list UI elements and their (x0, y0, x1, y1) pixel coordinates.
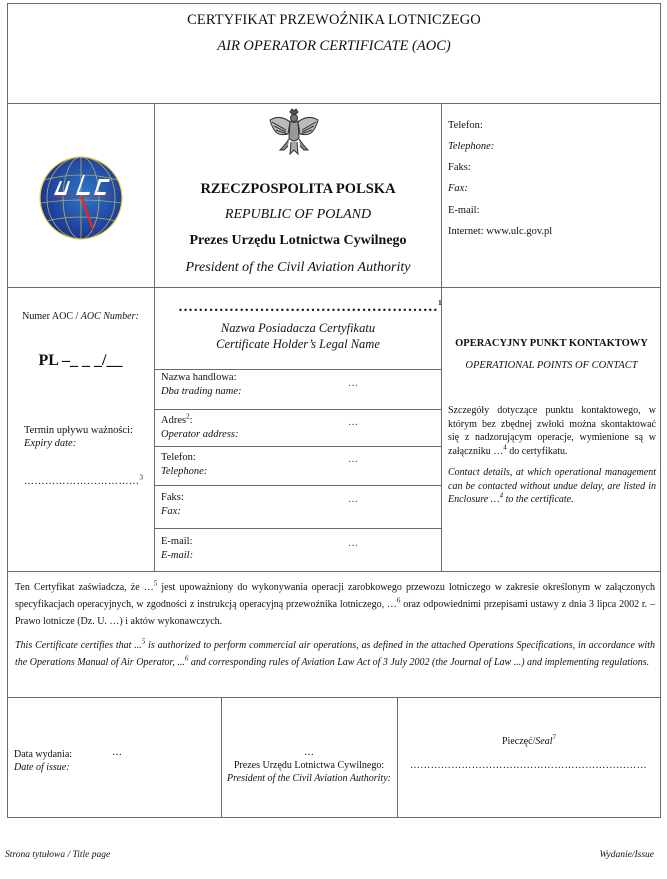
holder-name-value: …………………………………………… (178, 299, 438, 315)
trading-name-value[interactable]: … (348, 378, 358, 389)
date-of-issue-value[interactable]: … (112, 746, 122, 759)
expiry-date-label: Termin upływu ważności: Expiry date: (24, 424, 133, 450)
holder-name-field[interactable]: ……………………………………………1 (178, 299, 442, 316)
seal-label-en: Seal (535, 736, 552, 747)
field-telephone: Telefon: Telephone: (161, 451, 207, 478)
seal-field[interactable]: …………………………………………………………… (410, 759, 647, 772)
footnote-ref: 7 (553, 734, 557, 742)
certification-text-en: This Certificate certifies that ...5 is … (15, 637, 655, 671)
field-label-pl: Faks: (161, 491, 184, 505)
holder-name-label-en: Certificate Holder’s Legal Name (155, 336, 441, 352)
signer-block: … Prezes Urzędu Lotnictwa Cywilnego: Pre… (221, 746, 397, 785)
date-label-pl: Data wydania: (14, 748, 72, 761)
divider (7, 287, 661, 288)
holder-name-label-pl: Nazwa Posiadacza Certyfikatu (155, 320, 441, 336)
operator-address-value[interactable]: … (348, 417, 358, 428)
contact-fax: Fax: (448, 183, 468, 194)
country-name-pl: RZECZPOSPOLITA POLSKA (155, 181, 441, 198)
operational-contact-heading: OPERACYJNY PUNKT KONTAKTOWY (441, 338, 662, 349)
field-label-en: Fax: (161, 505, 184, 519)
authority-name-en: President of the Civil Aviation Authorit… (155, 260, 441, 276)
text: and corresponding rules of Aviation Law … (188, 657, 649, 668)
seal-label: Pieczęć/Seal7 (397, 735, 661, 748)
expiry-label-en: Expiry date: (24, 437, 133, 450)
fax-value[interactable]: … (348, 494, 358, 505)
polish-eagle-emblem-icon (266, 106, 322, 162)
divider (154, 528, 441, 529)
title-en: AIR OPERATOR CERTIFICATE (AOC) (7, 38, 661, 55)
divider (441, 103, 442, 571)
text: do certyfikatu. (507, 446, 568, 457)
aoc-number-field[interactable]: PL –_ _ _/__ (7, 352, 154, 370)
email-value[interactable]: … (348, 538, 358, 549)
footnote-ref: 2 (186, 413, 190, 421)
divider (154, 369, 441, 370)
country-name-en: REPUBLIC OF POLAND (155, 207, 441, 223)
operational-contact-heading-en: OPERATIONAL POINTS OF CONTACT (441, 360, 662, 371)
seal-label-pl: Pieczęć/ (502, 736, 535, 747)
date-of-issue-label: Data wydania: Date of issue: (14, 748, 72, 774)
expiry-date-value: …………………………… (24, 476, 140, 487)
divider (154, 446, 441, 447)
signer-label-pl: Prezes Urzędu Lotnictwa Cywilnego: (221, 759, 397, 772)
footer-page-label: Strona tytułowa / Title page (5, 850, 110, 860)
holder-name-label: Nazwa Posiadacza Certyfikatu Certificate… (155, 320, 441, 352)
expiry-date-field[interactable]: ……………………………3 (24, 476, 144, 487)
contact-telefon: Telefon: (448, 120, 483, 131)
signer-value[interactable]: … (221, 746, 397, 759)
signer-label-en: President of the Civil Aviation Authorit… (221, 772, 397, 785)
contact-email: E-mail: (448, 205, 480, 216)
divider (397, 697, 398, 818)
field-label-en: E-mail: (161, 549, 193, 563)
ulc-logo-icon (38, 155, 124, 241)
text: Ten Certyfikat zaświadcza, że … (15, 582, 154, 593)
divider (154, 485, 441, 486)
telephone-value[interactable]: … (348, 454, 358, 465)
divider (7, 103, 661, 104)
field-label-en: Operator address: (161, 428, 238, 442)
operational-contact-text-en: Contact details, at which operational ma… (448, 466, 656, 507)
divider (154, 409, 441, 410)
footnote-ref: 1 (438, 299, 442, 307)
field-email: E-mail: E-mail: (161, 535, 193, 562)
field-label-pl: Nazwa handlowa: (161, 371, 242, 385)
aoc-number-label-en: AOC Number: (81, 311, 139, 322)
contact-telephone: Telephone: (448, 141, 494, 152)
field-fax: Faks: Fax: (161, 491, 184, 518)
authority-name-pl: Prezes Urzędu Lotnictwa Cywilnego (155, 233, 441, 249)
aoc-number-label-pl: Numer AOC / (22, 311, 81, 322)
text: This Certificate certifies that ... (15, 640, 142, 651)
field-label-pl: Telefon: (161, 451, 207, 465)
contact-faks: Faks: (448, 162, 471, 173)
divider (7, 571, 661, 572)
footnote-ref: 3 (140, 474, 144, 482)
aoc-number-label: Numer AOC / AOC Number: (7, 311, 154, 322)
footer-issue-label: Wydanie/Issue (599, 850, 654, 860)
field-label-pl: Adres (161, 415, 186, 426)
date-label-en: Date of issue: (14, 761, 72, 774)
divider (7, 697, 661, 698)
contact-internet[interactable]: Internet: www.ulc.gov.pl (448, 226, 552, 237)
expiry-label-pl: Termin upływu ważności: (24, 424, 133, 437)
field-trading-name: Nazwa handlowa: Dba trading name: (161, 371, 242, 398)
field-label-pl: E-mail: (161, 535, 193, 549)
title-pl: CERTYFIKAT PRZEWOŹNIKA LOTNICZEGO (7, 12, 661, 29)
text: to the certificate. (503, 494, 574, 505)
field-label-en: Telephone: (161, 465, 207, 479)
field-operator-address: Adres2: Operator address: (161, 414, 238, 441)
field-label-en: Dba trading name: (161, 385, 242, 399)
certification-text-pl: Ten Certyfikat zaświadcza, że …5 jest up… (15, 579, 655, 630)
operational-contact-text-pl: Szczegóły dotyczące punktu kontaktowego,… (448, 404, 656, 458)
